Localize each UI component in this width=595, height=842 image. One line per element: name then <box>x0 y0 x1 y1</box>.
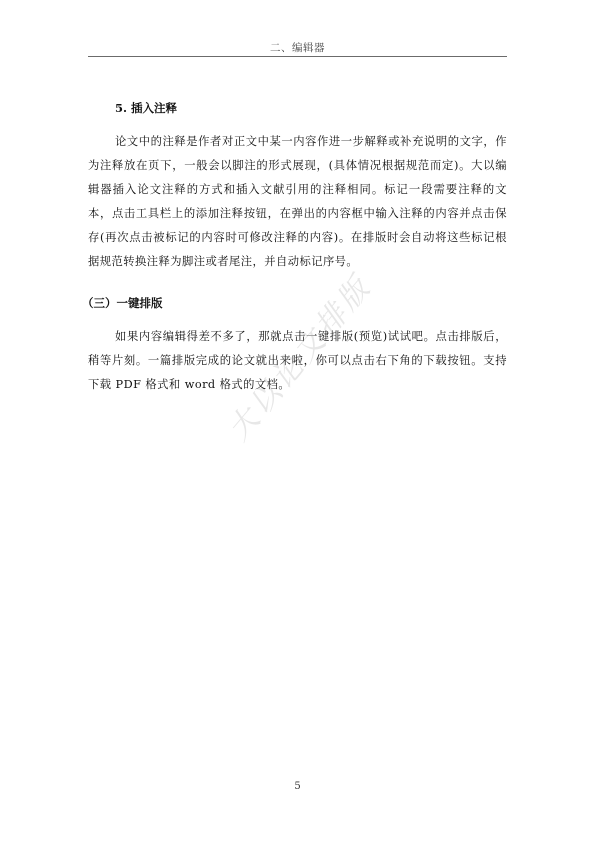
page-number: 5 <box>0 781 595 792</box>
spacer <box>88 311 507 325</box>
paragraph-annotations: 论文中的注释是作者对正文中某一内容作进一步解释或补充说明的文字，作为注释放在页下… <box>88 130 507 274</box>
subsection-heading: 5. 插入注释 <box>115 100 507 116</box>
running-header: 二、编辑器 <box>88 40 507 55</box>
section-heading: （三）一键排版 <box>82 295 507 311</box>
spacer <box>88 274 507 295</box>
document-page: 二、编辑器 5. 插入注释 论文中的注释是作者对正文中某一内容作进一步解释或补充… <box>0 0 595 842</box>
header-divider <box>88 56 507 57</box>
paragraph-one-click-layout: 如果内容编辑得差不多了，那就点击一键排版(预览)试试吧。点击排版后，稍等片刻。一… <box>88 325 507 397</box>
page-content: 5. 插入注释 论文中的注释是作者对正文中某一内容作进一步解释或补充说明的文字，… <box>88 100 507 397</box>
spacer <box>88 116 507 130</box>
